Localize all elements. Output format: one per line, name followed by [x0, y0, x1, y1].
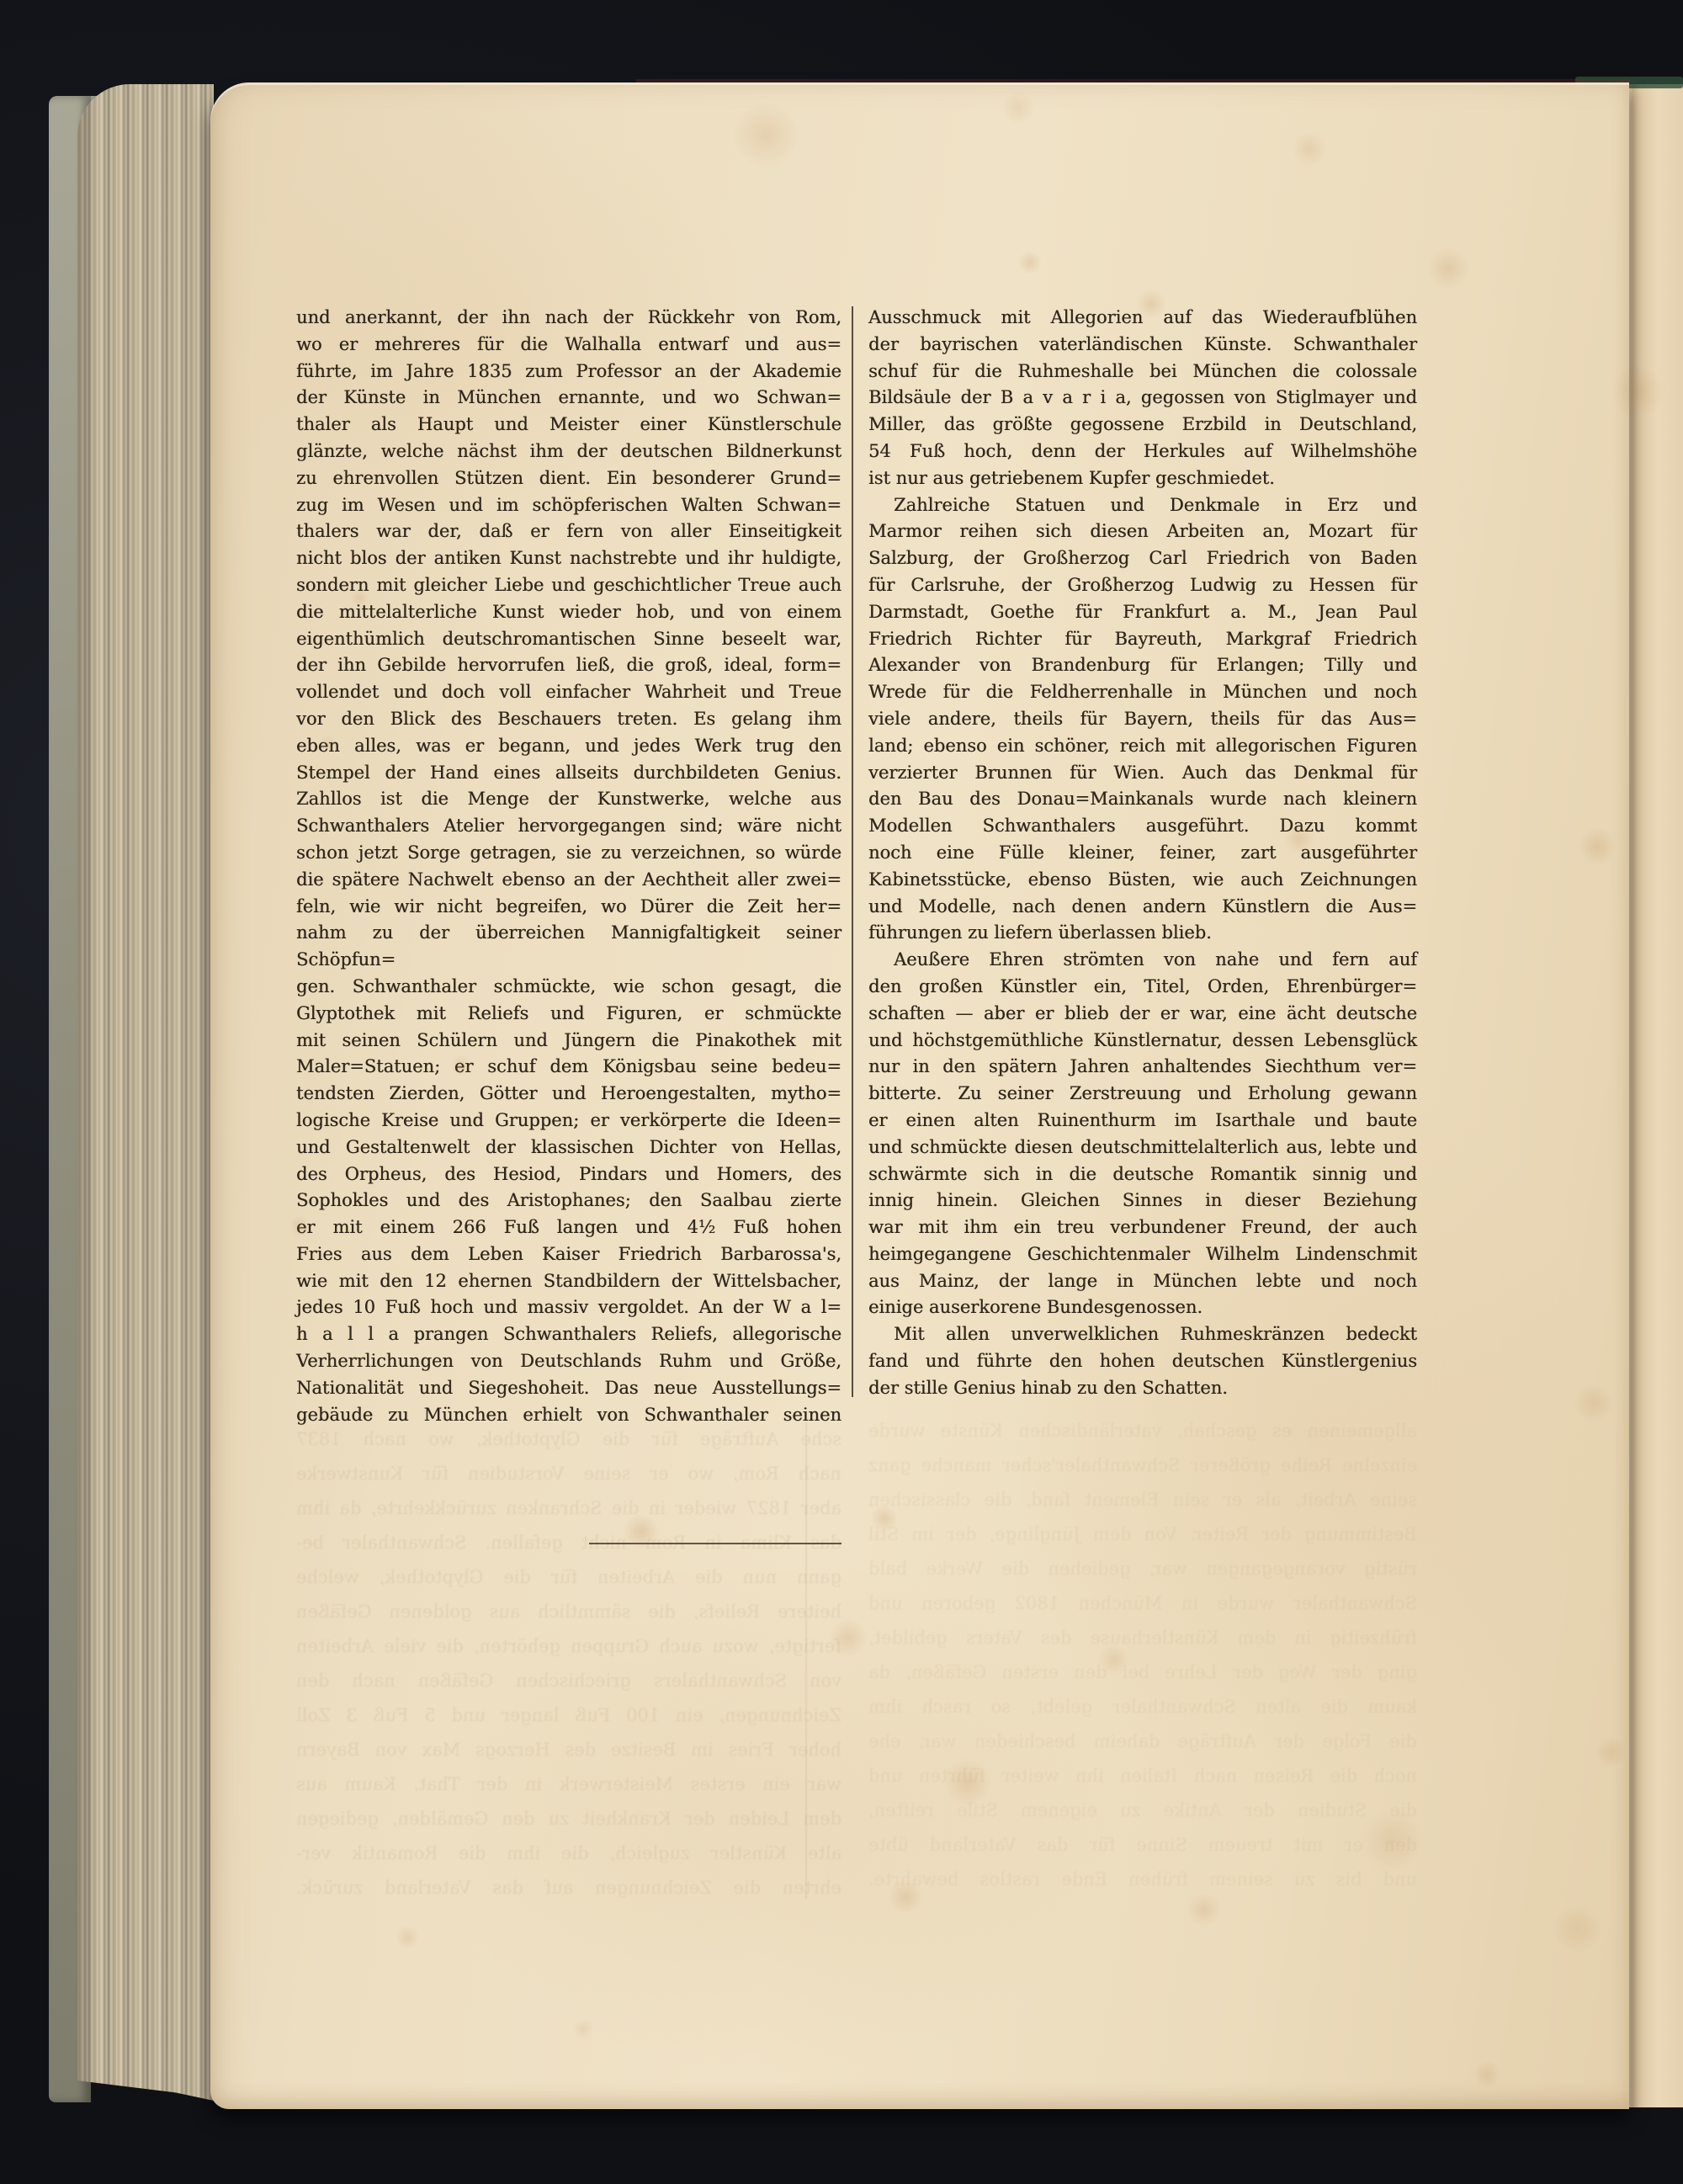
text-line: schon jetzt Sorge getragen, sie zu verze… — [296, 840, 841, 867]
text-line: heimgegangene Geschichtenmaler Wilhelm L… — [868, 1241, 1417, 1268]
text-line: zu ehrenvollen Stützen dient. Ein besond… — [296, 465, 841, 492]
foxing-stain — [1611, 364, 1665, 418]
text-line: Mit allen unverwelklichen Ruhmeskränzen … — [868, 1321, 1417, 1348]
text-line: führte, im Jahre 1835 zum Professor an d… — [296, 359, 841, 385]
text-line: wie mit den 12 ehernen Standbildern der … — [296, 1268, 841, 1295]
text-line: Zahlreiche Statuen und Denkmale in Erz u… — [868, 492, 1417, 519]
text-line: Nationalität und Siegeshoheit. Das neue … — [296, 1375, 841, 1402]
text-line: den er mit treuem Sinne für das Vaterlan… — [868, 1828, 1417, 1863]
text-line: die Folge der Aufträge daheim beschieden… — [868, 1724, 1417, 1759]
text-line: Modellen Schwanthalers ausgeführt. Dazu … — [868, 813, 1417, 840]
text-line: kaum die alten Schwanthaler gelebt, so r… — [868, 1690, 1417, 1724]
text-line: feln, wie wir nicht begreifen, wo Dürer … — [296, 894, 841, 921]
text-line: den großen Künstler ein, Titel, Orden, E… — [868, 974, 1417, 1001]
text-line: vollendet und doch voll einfacher Wahrhe… — [296, 679, 841, 706]
text-line: aber 1827 wieder in die Schranken zurück… — [296, 1491, 841, 1526]
text-line: Zahllos ist die Menge der Kunstwerke, we… — [296, 786, 841, 813]
text-line: der bayrischen vaterländischen Künste. S… — [868, 332, 1417, 359]
text-line: thaler als Haupt und Meister einer Künst… — [296, 412, 841, 438]
text-line: 54 Fuß hoch, denn der Herkules auf Wilhe… — [868, 438, 1417, 465]
text-line: Bildsäule der B a v a r i a, gegossen vo… — [868, 385, 1417, 412]
foxing-stain — [732, 101, 799, 168]
text-line: wo er mehreres für die Walhalla entwarf … — [296, 332, 841, 359]
foxing-stain — [1098, 1644, 1130, 1676]
text-line: thalers war der, daß er fern von aller E… — [296, 518, 841, 545]
text-line: führungen zu liefern überlassen blieb. — [868, 920, 1417, 947]
text-line: der ihn Gebilde hervorrufen ließ, die gr… — [296, 652, 841, 679]
text-line: des Orpheus, des Hesiod, Pindars und Hom… — [296, 1161, 841, 1188]
text-line: mit seinen Schülern und Jüngern die Pina… — [296, 1028, 841, 1055]
text-line: gen. Schwanthaler schmückte, wie schon g… — [296, 974, 841, 1001]
text-line: logische Kreise und Gruppen; er verkörpe… — [296, 1108, 841, 1135]
text-line: und bis zu seinem frühen Ende rastlos be… — [868, 1863, 1417, 1897]
text-line: Kabinetsstücke, ebenso Büsten, wie auch … — [868, 867, 1417, 894]
text-line: tendsten Zierden, Götter und Heroengesta… — [296, 1081, 841, 1108]
text-line: ging der Weg der Lehre bei den ersten Ge… — [868, 1655, 1417, 1690]
text-line: der stille Genius hinab zu den Schatten. — [868, 1375, 1417, 1402]
text-line: fertigte, wozu auch Gruppen gehörten, di… — [296, 1629, 841, 1664]
text-line: schwärmte sich in die deutsche Romantik … — [868, 1161, 1417, 1188]
text-line: nahm zu der überreichen Mannigfaltigkeit… — [296, 920, 841, 974]
text-line: den Bau des Donau=Mainkanals wurde nach … — [868, 786, 1417, 813]
foxing-stain — [320, 735, 337, 752]
foxing-stain — [1018, 251, 1042, 274]
text-line: Maler=Statuen; er schuf dem Königsbau se… — [296, 1054, 841, 1081]
foxing-stain — [829, 1618, 868, 1657]
bleed-through-text-right: allgemeinen es geschah, vaterländischen … — [868, 1414, 1417, 1897]
text-line: innig hinein. Gleichen Sinnes in dieser … — [868, 1188, 1417, 1214]
text-line: ist nur aus getriebenem Kupfer geschmied… — [868, 465, 1417, 492]
text-line: frühzeitig in dem Künstlerhause des Vate… — [868, 1621, 1417, 1655]
text-line: der Künste in München ernannte, und wo S… — [296, 385, 841, 412]
text-line: schuf für die Ruhmeshalle bei München di… — [868, 359, 1417, 385]
foxing-stain — [396, 1926, 419, 1949]
foxing-stain — [1283, 823, 1315, 855]
foxing-stain — [942, 1757, 993, 1808]
text-line: bitterte. Zu seiner Zerstreuung und Erho… — [868, 1081, 1417, 1108]
foxing-stain — [288, 1214, 311, 1238]
text-line: land; ebenso ein schöner, reich mit alle… — [868, 733, 1417, 760]
text-line: Miller, das größte gegossene Erzbild in … — [868, 412, 1417, 438]
text-line: nur in den spätern Jahren anhaltendes Si… — [868, 1054, 1417, 1081]
text-line: Wrede für die Feldherrenhalle in München… — [868, 679, 1417, 706]
text-line: und schmückte diesen deutschmittelalterl… — [868, 1135, 1417, 1161]
text-line: Salzburg, der Großherzog Carl Friedrich … — [868, 545, 1417, 572]
foxing-stain — [1136, 289, 1166, 319]
text-line: fand und führte den hohen deutschen Küns… — [868, 1348, 1417, 1375]
text-line: nicht blos der antiken Kunst nachstrebte… — [296, 545, 841, 572]
foxing-stain — [1292, 131, 1327, 167]
text-line: Bestimmung der Reiter. Von dem Jünglinge… — [868, 1517, 1417, 1552]
text-line: hoher Fries im Besitze des Herzogs Max v… — [296, 1733, 841, 1767]
text-column-left: und anerkannt, der ihn nach der Rückkehr… — [296, 305, 841, 1428]
text-line: er mit einem 266 Fuß langen und 4½ Fuß h… — [296, 1214, 841, 1241]
text-line: gann nun die Arbeiten für die Glyptothek… — [296, 1560, 841, 1595]
text-line: Schwanthalers Atelier hervorgegangen sin… — [296, 813, 841, 840]
photo-background: sche Aufträge für die Glyptothek, wo nac… — [0, 0, 1683, 2184]
text-line: vor den Blick des Beschauers treten. Es … — [296, 706, 841, 733]
foxing-stain — [1553, 1905, 1601, 1953]
text-line: verzierter Brunnen für Wien. Auch das De… — [868, 760, 1417, 787]
text-line: und anerkannt, der ihn nach der Rückkehr… — [296, 305, 841, 332]
text-line: und höchstgemüthliche Künstlernatur, des… — [868, 1028, 1417, 1055]
foxing-stain — [623, 1513, 660, 1550]
bleed-through-text-left: sche Aufträge für die Glyptothek, wo nac… — [296, 1422, 841, 1905]
text-line: die spätere Nachwelt ebenso an der Aecht… — [296, 867, 841, 894]
text-line: ehrten die Zeichnungen auf das Vaterland… — [296, 1871, 841, 1905]
text-line: h a l l a prangen Schwanthalers Reliefs,… — [296, 1321, 841, 1348]
text-line: war ein erstes Meisterwerk in der That. … — [296, 1767, 841, 1802]
foxing-stain — [450, 1055, 472, 1076]
text-line: aus Mainz, der lange in München lebte un… — [868, 1268, 1417, 1295]
text-line: jedes 10 Fuß hoch und massiv vergoldet. … — [296, 1294, 841, 1321]
text-line: schaften — aber er blieb der er war, ein… — [868, 1001, 1417, 1028]
text-line: viele andere, theils für Bayern, theils … — [868, 706, 1417, 733]
text-line: Glyptothek mit Reliefs und Figuren, er s… — [296, 1001, 841, 1028]
text-line: gebäude zu München erhielt von Schwantha… — [296, 1402, 841, 1429]
text-line: für Carlsruhe, der Großherzog Ludwig zu … — [868, 572, 1417, 599]
text-line: dem Leiden der Krankheit zu den Gemälden… — [296, 1802, 841, 1836]
text-line: allgemeinen es geschah, vaterländischen … — [868, 1414, 1417, 1448]
page-stack-fore-edge — [77, 84, 214, 2101]
foxing-stain — [1595, 1736, 1627, 1768]
text-line: Marmor reihen sich diesen Arbeiten an, M… — [868, 518, 1417, 545]
text-line: Sophokles und des Aristophanes; den Saal… — [296, 1188, 841, 1214]
foxing-stain — [1426, 247, 1470, 290]
text-line: Alexander von Brandenburg für Erlangen; … — [868, 652, 1417, 679]
column-divider-rule — [852, 306, 853, 1397]
foxing-stain — [1187, 1892, 1222, 1927]
text-line: und Modelle, nach denen andern Künstlern… — [868, 894, 1417, 921]
text-line: er einen alten Ruinenthurm im Isarthale … — [868, 1108, 1417, 1135]
foxing-stain — [1578, 827, 1617, 866]
text-line: einige auserkorene Bundesgenossen. — [868, 1294, 1417, 1321]
text-column-right: Ausschmuck mit Allegorien auf das Wieder… — [868, 305, 1417, 1402]
text-line: eigenthümlich deutschromantischen Sinne … — [296, 626, 841, 653]
text-line: Verherrlichungen von Deutschlands Ruhm u… — [296, 1348, 841, 1375]
foxing-stain — [871, 1505, 898, 1532]
foxing-stain — [572, 2018, 594, 2040]
text-line: einzelne Reihe größerer Schwanthaler'sch… — [868, 1448, 1417, 1483]
text-line: Fries aus dem Leben Kaiser Friedrich Bar… — [296, 1241, 841, 1268]
text-line: alte Künstler zugleich, die ihm die Roma… — [296, 1836, 841, 1871]
text-line: seine Arbeit, als er sein Element fand, … — [868, 1483, 1417, 1517]
text-line: noch eine Fülle kleiner, feiner, zart au… — [868, 840, 1417, 867]
foxing-stain — [1473, 2060, 1501, 2089]
foxing-stain — [1001, 91, 1035, 125]
text-line: heitere Reliefs, die sämmtlich aus golde… — [296, 1595, 841, 1629]
text-line: und Gestaltenwelt der klassischen Dichte… — [296, 1135, 841, 1161]
text-line: war mit ihm ein treu verbundener Freund,… — [868, 1214, 1417, 1241]
foxing-stain — [888, 1879, 923, 1915]
text-line: Zeichnungen, ein 100 Fuß langer und 5 Fu… — [296, 1698, 841, 1733]
bleed-through-column-rule — [805, 1422, 807, 1899]
book-page: sche Aufträge für die Glyptothek, wo nac… — [210, 82, 1629, 2109]
text-line: nach Rom, wo er seine Vorstudien für Kun… — [296, 1457, 841, 1491]
foxing-stain — [349, 587, 369, 608]
text-line: sondern mit gleicher Liebe und geschicht… — [296, 572, 841, 599]
text-line: von Schwanthalers griechischen Gefäßen n… — [296, 1664, 841, 1698]
text-line: Aeußere Ehren strömten von nahe und fern… — [868, 947, 1417, 974]
text-line: eben alles, was er begann, und jedes Wer… — [296, 733, 841, 760]
text-line: Schwanthaler wurde in München 1802 gebor… — [868, 1586, 1417, 1621]
text-line: Friedrich Richter für Bayreuth, Markgraf… — [868, 626, 1417, 653]
text-line: die mittelalterliche Kunst wieder hob, u… — [296, 599, 841, 626]
foxing-stain — [1574, 1383, 1614, 1423]
text-line: glänzte, welche nächst ihm der deutschen… — [296, 438, 841, 465]
foxing-stain — [1359, 1808, 1425, 1873]
text-line: Stempel der Hand eines allseits durchbil… — [296, 760, 841, 787]
text-line: zug im Wesen und im schöpferischen Walte… — [296, 492, 841, 519]
text-line: rüstig vorangegangen war, gediehen die W… — [868, 1552, 1417, 1586]
text-line: Darmstadt, Goethe für Frankfurt a. M., J… — [868, 599, 1417, 626]
